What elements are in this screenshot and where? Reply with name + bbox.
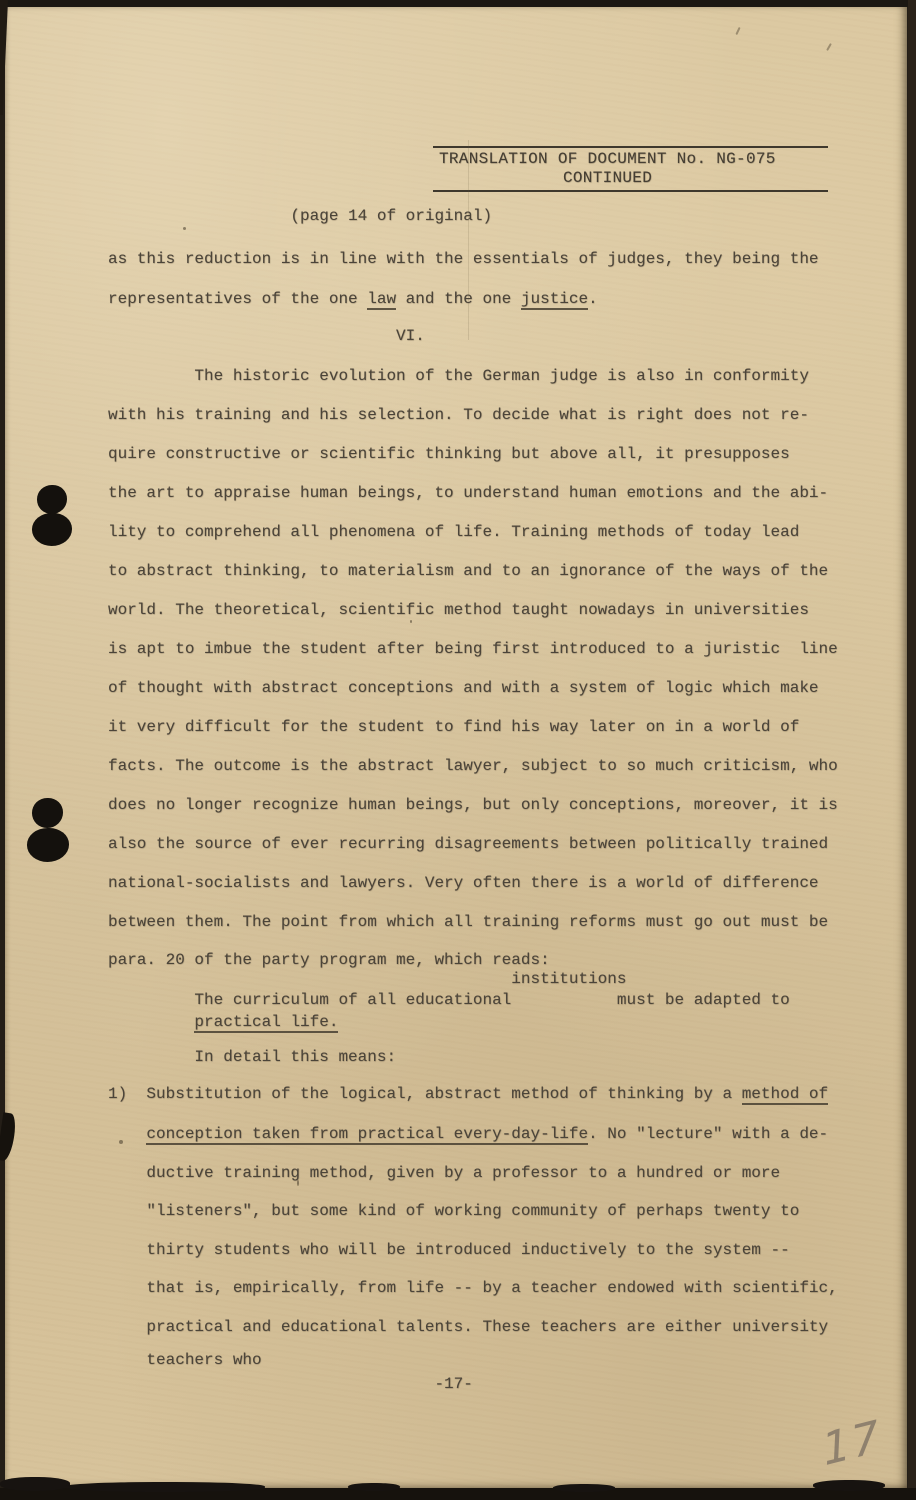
text-segment: world. The theoretical, scientific metho… <box>108 601 809 619</box>
underlined-text: method of <box>742 1085 828 1105</box>
text-segment: para. 20 of the party program me, which … <box>108 951 550 969</box>
text-line: institutions <box>108 968 626 990</box>
text-line: (page 14 of original) <box>108 205 492 227</box>
text-segment: The historic evolution of the German jud… <box>108 367 809 385</box>
paper-crease <box>468 140 469 340</box>
paper-speck <box>119 1140 123 1144</box>
text-segment: with his training and his selection. To … <box>108 406 809 424</box>
text-segment: national-socialists and lawyers. Very of… <box>108 874 819 892</box>
text-line: as this reduction is in line with the es… <box>108 248 819 270</box>
text-segment: "listeners", but some kind of working co… <box>108 1202 799 1220</box>
text-line: the art to appraise human beings, to und… <box>108 482 828 504</box>
text-line: The curriculum of all educational must b… <box>108 989 790 1011</box>
text-line: to abstract thinking, to materialism and… <box>108 560 828 582</box>
text-segment: (page 14 of original) <box>108 207 492 225</box>
text-segment: teachers who <box>108 1351 262 1369</box>
text-segment: In detail this means: <box>108 1048 396 1066</box>
text-segment: of thought with abstract conceptions and… <box>108 679 819 697</box>
text-segment: VI. <box>108 327 425 345</box>
text-line: with his training and his selection. To … <box>108 404 809 426</box>
text-segment: to abstract thinking, to materialism and… <box>108 562 828 580</box>
text-line: representatives of the one law and the o… <box>108 288 598 310</box>
text-segment: also the source of ever recurring disagr… <box>108 835 828 853</box>
text-segment: -17- <box>108 1375 473 1393</box>
text-segment: The curriculum of all educational must b… <box>108 991 790 1009</box>
text-segment <box>108 1013 194 1031</box>
text-line: is apt to imbue the student after being … <box>108 638 838 660</box>
paper-speck <box>297 1180 299 1186</box>
scanned-document-screenshot: { "scan": { "paper_color": "#d8c49c", "e… <box>0 0 916 1500</box>
text-line: ductive training method, given by a prof… <box>108 1162 780 1184</box>
text-segment: practical and educational talents. These… <box>108 1318 828 1336</box>
text-segment: the art to appraise human beings, to und… <box>108 484 828 502</box>
underlined-text: practical life. <box>194 1013 338 1033</box>
text-segment: representatives of the one <box>108 290 367 308</box>
text-line: In detail this means: <box>108 1046 396 1068</box>
text-line: it very difficult for the student to fin… <box>108 716 799 738</box>
text-line: lity to comprehend all phenomena of life… <box>108 521 799 543</box>
text-line: of thought with abstract conceptions and… <box>108 677 819 699</box>
text-line: also the source of ever recurring disagr… <box>108 833 828 855</box>
text-line: that is, empirically, from life -- by a … <box>108 1277 838 1299</box>
text-line: -17- <box>108 1373 473 1395</box>
text-segment: institutions <box>108 970 626 988</box>
text-segment: as this reduction is in line with the es… <box>108 250 819 268</box>
text-segment: does no longer recognize human beings, b… <box>108 796 838 814</box>
text-line: thirty students who will be introduced i… <box>108 1239 790 1261</box>
text-line: practical life. <box>108 1011 338 1033</box>
text-line: "listeners", but some kind of working co… <box>108 1200 799 1222</box>
typed-text-layer: (page 14 of original)as this reduction i… <box>0 0 916 1500</box>
underlined-text: conception taken from practical every-da… <box>146 1125 588 1145</box>
text-segment: that is, empirically, from life -- by a … <box>108 1279 838 1297</box>
text-line: world. The theoretical, scientific metho… <box>108 599 809 621</box>
text-line: does no longer recognize human beings, b… <box>108 794 838 816</box>
text-line: 1) Substitution of the logical, abstract… <box>108 1083 828 1105</box>
paper-speck <box>410 620 412 623</box>
text-line: teachers who <box>108 1349 262 1371</box>
text-segment: is apt to imbue the student after being … <box>108 640 838 658</box>
text-segment <box>108 1125 146 1143</box>
text-segment: it very difficult for the student to fin… <box>108 718 799 736</box>
text-line: The historic evolution of the German jud… <box>108 365 809 387</box>
text-segment: . No "lecture" with a de- <box>588 1125 828 1143</box>
text-segment: lity to comprehend all phenomena of life… <box>108 523 799 541</box>
text-line: between them. The point from which all t… <box>108 911 828 933</box>
text-line: quire constructive or scientific thinkin… <box>108 443 790 465</box>
text-segment: and the one <box>396 290 521 308</box>
text-segment: between them. The point from which all t… <box>108 913 828 931</box>
underlined-text: justice <box>521 290 588 310</box>
text-segment: facts. The outcome is the abstract lawye… <box>108 757 838 775</box>
text-segment: ductive training method, given by a prof… <box>108 1164 780 1182</box>
text-segment: 1) Substitution of the logical, abstract… <box>108 1085 742 1103</box>
text-segment: quire constructive or scientific thinkin… <box>108 445 790 463</box>
text-line: facts. The outcome is the abstract lawye… <box>108 755 838 777</box>
text-line: practical and educational talents. These… <box>108 1316 828 1338</box>
text-segment: . <box>588 290 598 308</box>
underlined-text: law <box>367 290 396 310</box>
text-line: conception taken from practical every-da… <box>108 1123 828 1145</box>
text-line: national-socialists and lawyers. Very of… <box>108 872 819 894</box>
text-line: VI. <box>108 325 425 347</box>
text-segment: thirty students who will be introduced i… <box>108 1241 790 1259</box>
paper-speck <box>183 227 186 230</box>
